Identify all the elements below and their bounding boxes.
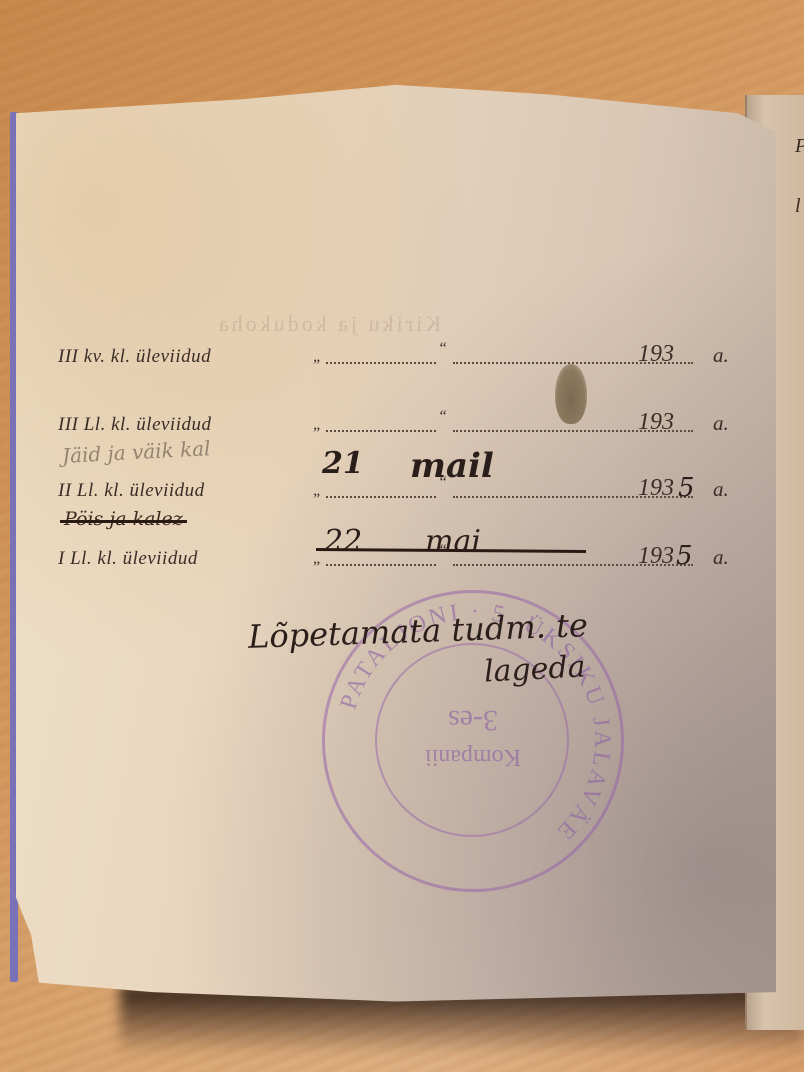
stamp-inner-line: 3-es <box>325 703 621 737</box>
year-suffix: a. <box>713 545 729 570</box>
year-suffix: a. <box>713 343 729 368</box>
facing-page-fragment: l <box>795 195 801 218</box>
year-printed: 193 <box>638 341 674 368</box>
year-suffix: a. <box>713 411 729 436</box>
day-field <box>326 564 436 566</box>
handwritten-day: 21 <box>322 446 364 481</box>
day-field <box>326 496 436 498</box>
quote-close: “ <box>438 408 447 426</box>
handwritten-month: mail <box>410 446 494 486</box>
quote-open: „ <box>313 550 322 568</box>
row-label: III Ll. kl. üleviidud <box>58 414 212 436</box>
handwritten-note-line2: lageda <box>483 649 586 689</box>
stamp-inner-line: Kompanii <box>325 743 621 770</box>
transfer-row: I Ll. kl. üleviidud „ “ 193 a. <box>58 542 748 572</box>
year-printed: 193 <box>638 409 674 436</box>
year-printed: 193 <box>638 543 674 570</box>
transfer-row: II Ll. kl. üleviidud „ “ 193 a. <box>58 474 748 504</box>
transfer-row: III Ll. kl. üleviidud „ “ 193 a. <box>58 408 748 438</box>
row-label: I Ll. kl. üleviidud <box>58 548 198 570</box>
struck-annotation: Pöis ja kalez <box>64 508 183 530</box>
quote-close: “ <box>438 340 447 358</box>
showthrough-text: Kiriku ja kodukoha <box>216 311 441 337</box>
row-label: II Ll. kl. üleviidud <box>58 480 205 502</box>
year-printed: 193 <box>638 475 674 502</box>
day-field <box>326 362 436 364</box>
transfer-row: III kv. kl. üleviidud „ “ 193 a. <box>58 340 748 370</box>
handwritten-year-digit: 5 <box>676 541 693 571</box>
handwritten-day-struck: 22 <box>324 524 362 559</box>
year-suffix: a. <box>713 477 729 502</box>
handwritten-year-digit: 5 <box>678 473 695 503</box>
quote-open: „ <box>313 348 322 366</box>
facing-page-fragment: P <box>795 135 804 158</box>
row-label: III kv. kl. üleviidud <box>58 346 211 368</box>
quote-open: „ <box>313 416 322 434</box>
quote-open: „ <box>313 482 322 500</box>
handwritten-month-struck: mai <box>425 524 481 559</box>
day-field <box>326 430 436 432</box>
